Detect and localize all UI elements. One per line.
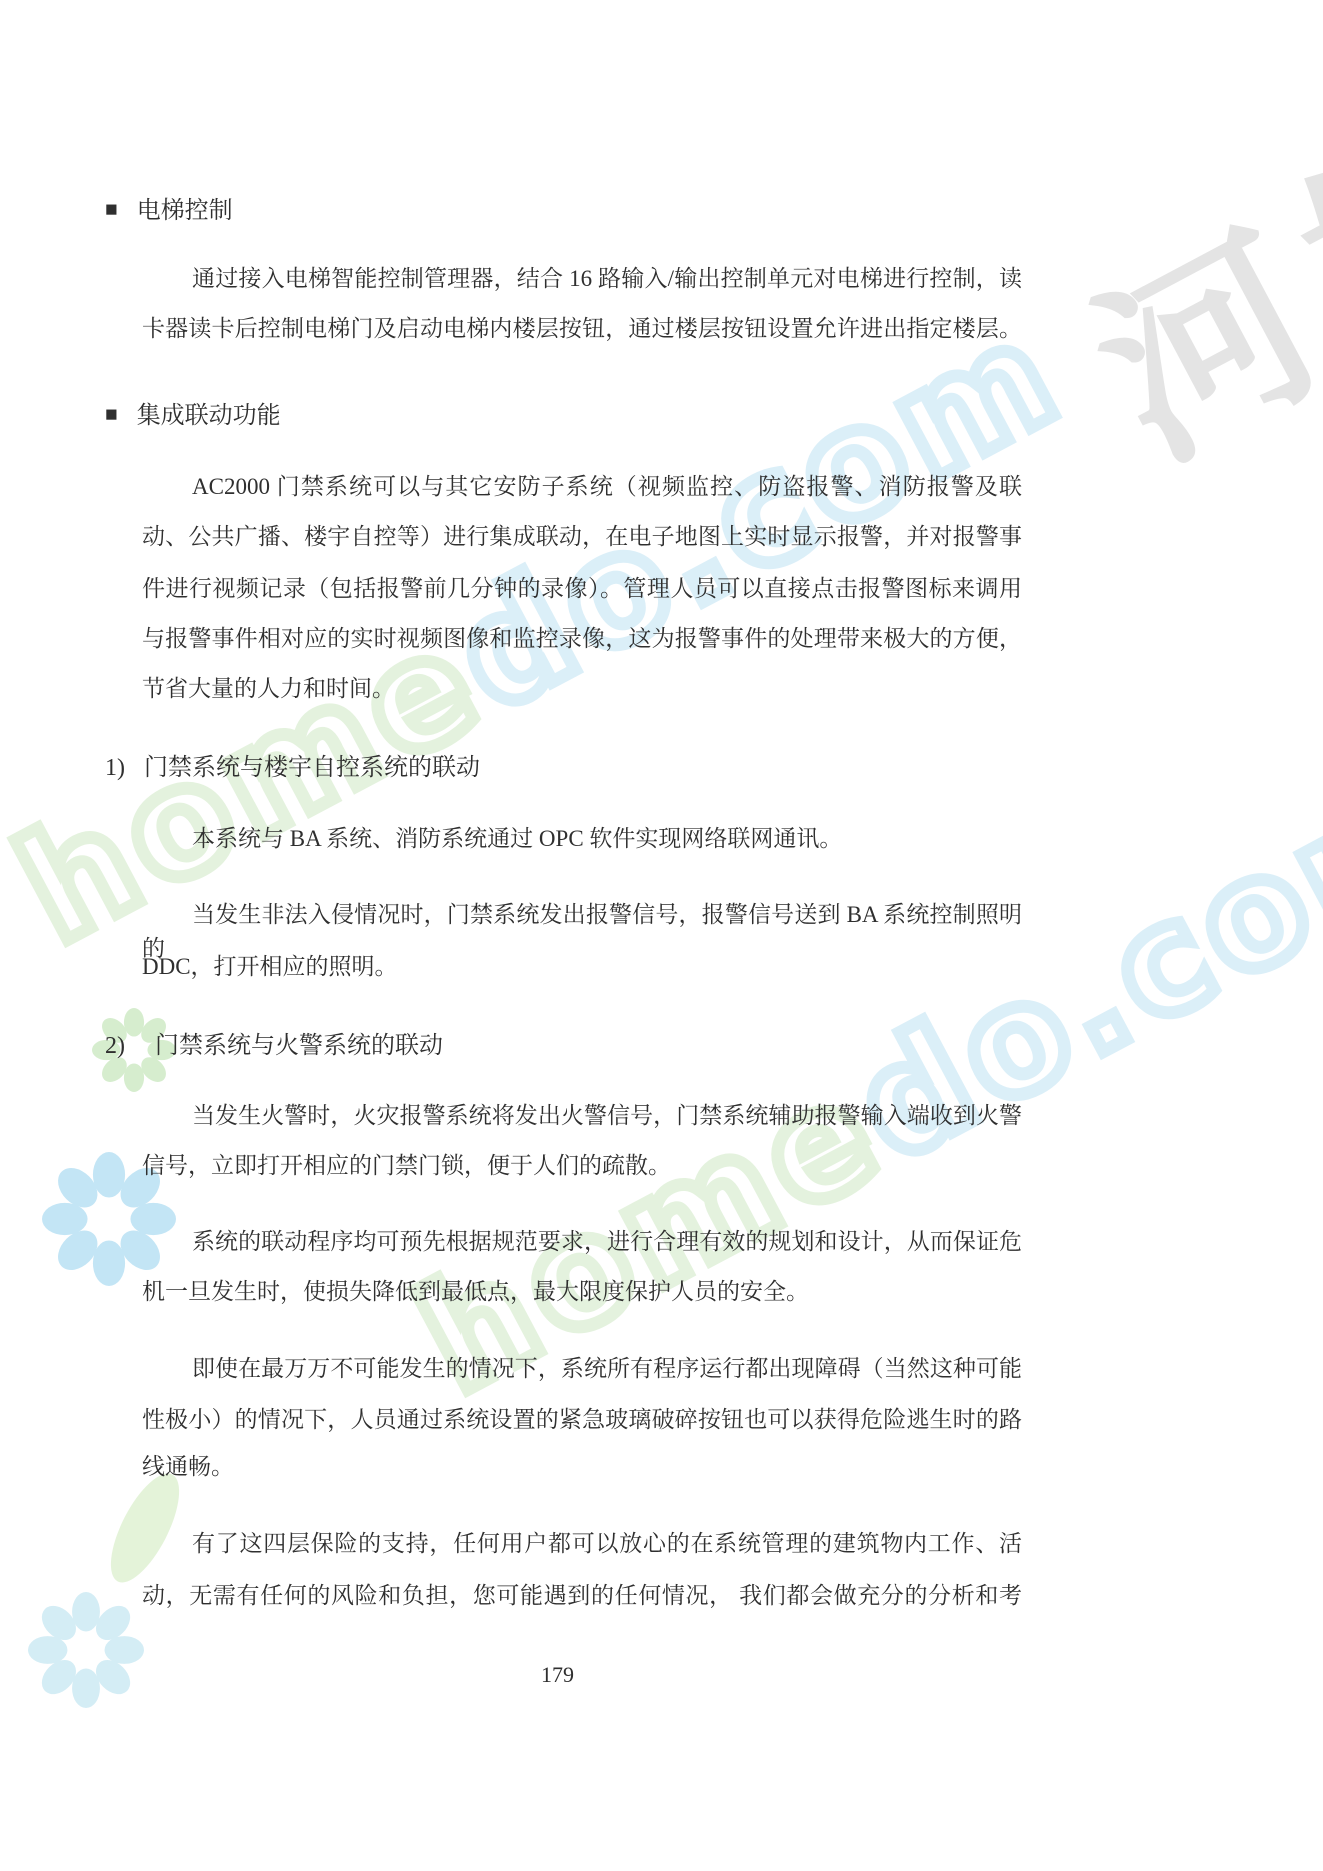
list-number: 1) xyxy=(105,755,125,782)
document-page: homedo.com河姆渡 homedo.com河姆渡 xyxy=(0,0,1323,1871)
numbered-heading-2: 2)门禁系统与火警系统的联动 xyxy=(105,1025,443,1060)
paragraph-line: 与报警事件相对应的实时视频图像和监控录像，这为报警事件的处理带来极大的方便， xyxy=(142,622,1022,656)
homedo-flower-icon xyxy=(28,1592,144,1708)
paragraph-line: 当发生火警时，火灾报警系统将发出火警信号，门禁系统辅助报警输入端收到火警 xyxy=(142,1099,1022,1133)
heading-text: 门禁系统与楼宇自控系统的联动 xyxy=(144,755,480,781)
paragraph-line: 卡器读卡后控制电梯门及启动电梯内楼层按钮，通过楼层按钮设置允许进出指定楼层。 xyxy=(142,312,1022,346)
heading-text: 门禁系统与火警系统的联动 xyxy=(155,1033,443,1059)
paragraph-line: 有了这四层保险的支持，任何用户都可以放心的在系统管理的建筑物内工作、活 xyxy=(142,1527,1022,1561)
paragraph-line: 信号，立即打开相应的门禁门锁，便于人们的疏散。 xyxy=(142,1149,1022,1183)
paragraph-line: 系统的联动程序均可预先根据规范要求，进行合理有效的规划和设计，从而保证危 xyxy=(142,1225,1022,1259)
paragraph-line: 性极小）的情况下，人员通过系统设置的紧急玻璃破碎按钮也可以获得危险逃生时的路 xyxy=(142,1403,1022,1437)
heading-text: 集成联动功能 xyxy=(137,403,281,429)
watermark-text-cjk: 河姆渡 xyxy=(1063,0,1323,503)
paragraph-line: 机一旦发生时，使损失降低到最低点，最大限度保护人员的安全。 xyxy=(142,1275,1022,1309)
bullet-square-icon: ■ xyxy=(105,197,118,222)
paragraph-line: 本系统与 BA 系统、消防系统通过 OPC 软件实现网络联网通讯。 xyxy=(142,822,1022,856)
paragraph-line: 动、公共广播、楼宇自控等）进行集成联动，在电子地图上实时显示报警，并对报警事 xyxy=(142,520,1022,554)
paragraph-line: 即使在最万万不可能发生的情况下，系统所有程序运行都出现障碍（当然这种可能 xyxy=(142,1352,1022,1386)
paragraph-line: AC2000 门禁系统可以与其它安防子系统（视频监控、防盗报警、消防报警及联 xyxy=(142,470,1022,504)
bullet-square-icon: ■ xyxy=(105,402,118,427)
paragraph-line: 动，无需有任何的风险和负担，您可能遇到的任何情况， 我们都会做充分的分析和考 xyxy=(142,1579,1022,1613)
page-number: 179 xyxy=(105,1662,1010,1688)
paragraph-line: 节省大量的人力和时间。 xyxy=(142,672,1022,706)
paragraph-line: DDC，打开相应的照明。 xyxy=(142,950,1022,984)
section-heading-elevator-control: ■电梯控制 xyxy=(105,190,233,225)
paragraph-line: 件进行视频记录（包括报警前几分钟的录像）。管理人员可以直接点击报警图标来调用 xyxy=(142,572,1022,606)
heading-text: 电梯控制 xyxy=(137,198,233,224)
section-heading-integrated-linkage: ■集成联动功能 xyxy=(105,395,281,430)
paragraph-line: 通过接入电梯智能控制管理器，结合 16 路输入/输出控制单元对电梯进行控制，读 xyxy=(142,262,1022,296)
paragraph-line: 线通畅。 xyxy=(142,1450,1022,1484)
numbered-heading-1: 1)门禁系统与楼宇自控系统的联动 xyxy=(105,747,480,782)
list-number: 2) xyxy=(105,1033,125,1060)
